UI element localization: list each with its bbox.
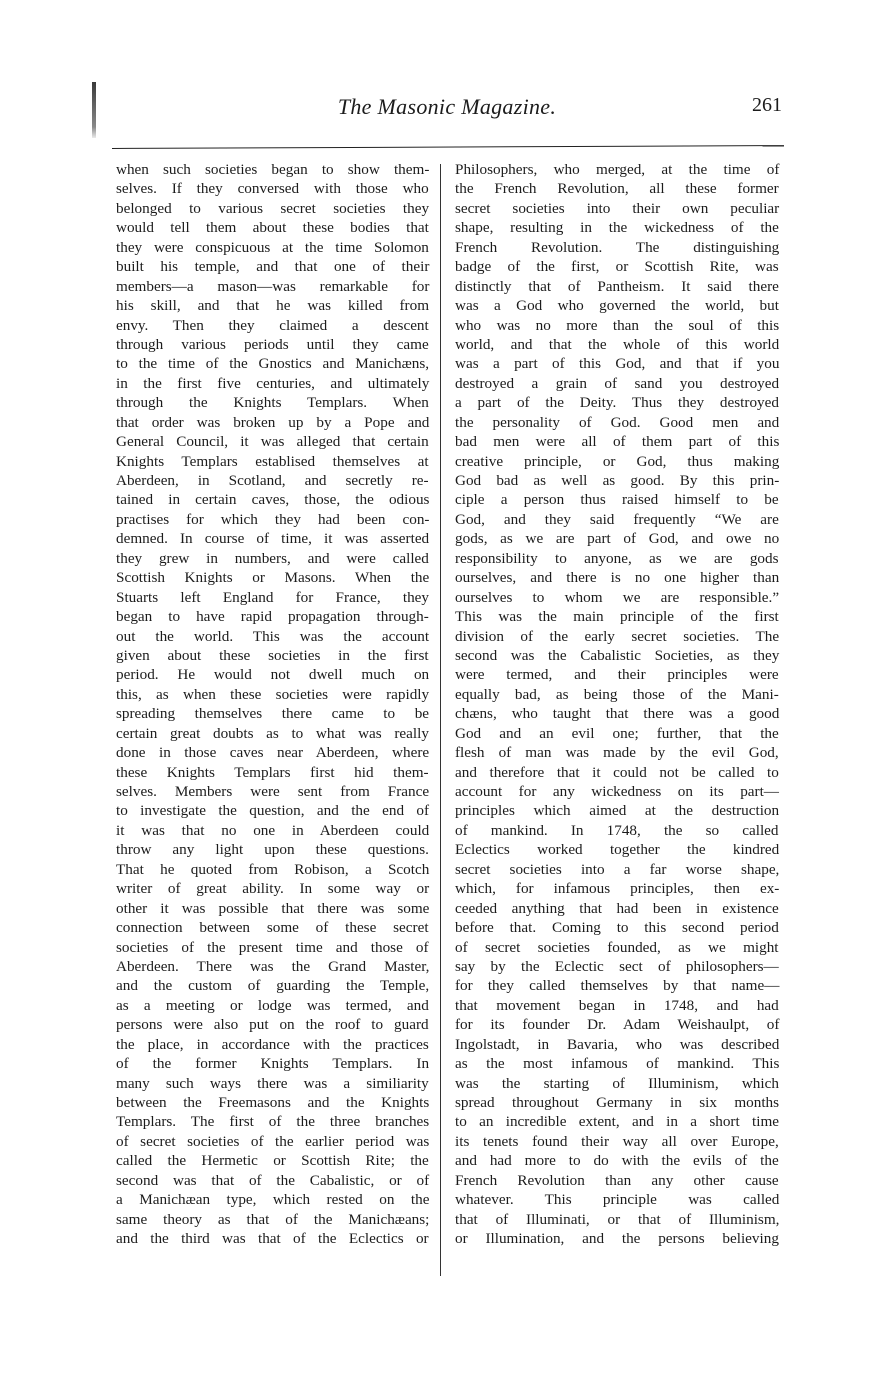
text-line: spread throughout Germany in six months (455, 1093, 779, 1112)
text-line: called the Hermetic or Scottish Rite; th… (116, 1151, 429, 1170)
text-line: period. He would not dwell much on (116, 665, 429, 684)
text-line: began to have rapid propagation through- (116, 607, 429, 626)
text-line: flesh of man was made by the evil God, (455, 743, 779, 762)
text-line: for its founder Dr. Adam Weishaulpt, of (455, 1015, 779, 1034)
text-line: French Revolution. The distinguishing (455, 238, 779, 257)
text-line: demned. In course of time, it was assert… (116, 529, 429, 548)
text-line: these Knights Templars first hid them- (116, 763, 429, 782)
text-line: was a God who governed the world, but (455, 296, 779, 315)
text-line: before that. Coming to this second perio… (455, 918, 779, 937)
text-line: or Illumination, and the persons believi… (455, 1229, 779, 1248)
text-line: General Council, it was alleged that cer… (116, 432, 429, 451)
text-line: Knights Templars establised themselves a… (116, 452, 429, 471)
text-line: gods, as we are part of God, and owe no (455, 529, 779, 548)
text-line: shape, resulting in the wickedness of th… (455, 218, 779, 237)
text-line: many such ways there was a similiarity (116, 1074, 429, 1093)
text-line: that order was broken up by a Pope and (116, 413, 429, 432)
text-line: spreading themselves there came to be (116, 704, 429, 723)
text-line: to the time of the Gnostics and Manichæn… (116, 354, 429, 373)
article-body: when such societies began to show them-s… (116, 160, 780, 1310)
text-line: say by the Eclectic sect of philosophers… (455, 957, 779, 976)
text-line: that movement began in 1748, and had (455, 996, 779, 1015)
text-line: to an incredible extent, and in a short … (455, 1112, 779, 1131)
text-line: of secret societies founded, as we might (455, 938, 779, 957)
text-line: other it was possible that there was som… (116, 899, 429, 918)
text-line: Scottish Knights or Masons. When the (116, 568, 429, 587)
text-line: members—a mason—was remarkable for (116, 277, 429, 296)
right-column: Philosophers, who merged, at the time of… (455, 160, 779, 1249)
text-line: ciple a person thus raised himself to be (455, 490, 779, 509)
text-line: a part of the Deity. Thus they destroyed (455, 393, 779, 412)
text-line: which, for infamous principles, then ex- (455, 879, 779, 898)
text-line: writer of great ability. In some way or (116, 879, 429, 898)
text-line: of mankind. In 1748, the so called (455, 821, 779, 840)
text-line: ceeded anything that had been in existen… (455, 899, 779, 918)
text-line: Aberdeen, in Scotland, and secretly re- (116, 471, 429, 490)
text-line: and therefore that it could not be calle… (455, 763, 779, 782)
header-rule (112, 145, 784, 149)
text-line: selves. Members were sent from France (116, 782, 429, 801)
text-line: Philosophers, who merged, at the time of (455, 160, 779, 179)
text-line: and the third was that of the Eclectics … (116, 1229, 429, 1248)
binding-mark (92, 82, 96, 138)
text-line: second was the Cabalistic Societies, as … (455, 646, 779, 665)
text-line: distinctly that of Pantheism. It said th… (455, 277, 779, 296)
text-line: second was that of the Cabalistic, or of (116, 1171, 429, 1190)
text-line: ourselves to whom we are responsible.” (455, 588, 779, 607)
text-line: God and an evil one; further, that the (455, 724, 779, 743)
text-line: the personality of God. Good men and (455, 413, 779, 432)
text-line: for they called themselves by that name— (455, 976, 779, 995)
text-line: creative principle, or God, thus making (455, 452, 779, 471)
text-line: built his temple, and that one of their (116, 257, 429, 276)
text-line: God bad as well as good. By this prin- (455, 471, 779, 490)
text-line: when such societies began to show them- (116, 160, 429, 179)
text-line: This was the main principle of the first (455, 607, 779, 626)
text-line: ourselves, and there is no one higher th… (455, 568, 779, 587)
text-line: persons were also put on the roof to gua… (116, 1015, 429, 1034)
text-line: envy. Then they claimed a descent (116, 316, 429, 335)
text-line: and the custom of guarding the Temple, (116, 976, 429, 995)
text-line: they grew in numbers, and were called (116, 549, 429, 568)
text-line: its tenets found their way all over Euro… (455, 1132, 779, 1151)
text-line: of secret societies of the earlier perio… (116, 1132, 429, 1151)
page-number: 261 (752, 94, 782, 117)
text-line: societies of the present time and those … (116, 938, 429, 957)
text-line: between the Freemasons and the Knights (116, 1093, 429, 1112)
text-line: French Revolution than any other cause (455, 1171, 779, 1190)
text-line: and had more to do with the evils of the (455, 1151, 779, 1170)
text-line: it was that no one in Aberdeen could (116, 821, 429, 840)
text-line: who was no more than the soul of this (455, 316, 779, 335)
left-column: when such societies began to show them-s… (116, 160, 429, 1249)
text-line: would tell them about these bodies that (116, 218, 429, 237)
magazine-title: The Masonic Magazine. (110, 94, 784, 120)
text-line: practises for which they had been con- (116, 510, 429, 529)
text-line: same theory as that of the Manichæans; (116, 1210, 429, 1229)
text-line: to investigate the question, and the end… (116, 801, 429, 820)
text-line: the French Revolution, all these former (455, 179, 779, 198)
text-line: was a part of this God, and that if you (455, 354, 779, 373)
text-line: connection between some of these secret (116, 918, 429, 937)
text-line: Aberdeen. There was the Grand Master, (116, 957, 429, 976)
text-line: secret societies into their own peculiar (455, 199, 779, 218)
text-line: tained in certain caves, those, the odio… (116, 490, 429, 509)
text-line: through the Knights Templars. When (116, 393, 429, 412)
text-line: whatever. This principle was called (455, 1190, 779, 1209)
text-line: division of the early secret societies. … (455, 627, 779, 646)
column-divider (440, 164, 441, 1276)
text-line: was the starting of Illuminism, which (455, 1074, 779, 1093)
text-line: bad men were all of them part of this (455, 432, 779, 451)
text-line: selves. If they conversed with those who (116, 179, 429, 198)
text-line: done in those caves near Aberdeen, where (116, 743, 429, 762)
text-line: throw any light upon these questions. (116, 840, 429, 859)
text-line: given about these societies in the first (116, 646, 429, 665)
text-line: principles which aimed at the destructio… (455, 801, 779, 820)
text-line: chæns, who taught that there was a good (455, 704, 779, 723)
running-head: The Masonic Magazine. 261 (110, 94, 784, 124)
text-line: equally bad, as being those of the Mani- (455, 685, 779, 704)
text-line: were termed, and their principles were (455, 665, 779, 684)
text-line: of the former Knights Templars. In (116, 1054, 429, 1073)
text-line: the place, in accordance with the practi… (116, 1035, 429, 1054)
text-line: Eclectics worked together the kindred (455, 840, 779, 859)
text-line: secret societies into a far worse shape, (455, 860, 779, 879)
text-line: a Manichæan type, which rested on the (116, 1190, 429, 1209)
text-line: that of Illuminati, or that of Illuminis… (455, 1210, 779, 1229)
text-line: belonged to various secret societies the… (116, 199, 429, 218)
text-line: badge of the first, or Scottish Rite, wa… (455, 257, 779, 276)
text-line: as the most infamous of mankind. This (455, 1054, 779, 1073)
text-line: out the world. This was the account (116, 627, 429, 646)
text-line: God, and they said frequently “We are (455, 510, 779, 529)
text-line: responsibility to anyone, as we are gods (455, 549, 779, 568)
text-line: Stuarts left England for France, they (116, 588, 429, 607)
text-line: as a meeting or lodge was termed, and (116, 996, 429, 1015)
text-line: certain great doubts as to what was real… (116, 724, 429, 743)
text-line: That he quoted from Robison, a Scotch (116, 860, 429, 879)
text-line: in the first five centuries, and ultimat… (116, 374, 429, 393)
text-line: they were conspicuous at the time Solomo… (116, 238, 429, 257)
text-line: his skill, and that he was killed from (116, 296, 429, 315)
text-line: destroyed a grain of sand you destroyed (455, 374, 779, 393)
text-line: this, as when these societies were rapid… (116, 685, 429, 704)
text-line: Templars. The first of the three branche… (116, 1112, 429, 1131)
text-line: account for any wickedness on its part— (455, 782, 779, 801)
text-line: through various periods until they came (116, 335, 429, 354)
text-line: world, and that the whole of this world (455, 335, 779, 354)
text-line: Ingolstadt, in Bavaria, who was describe… (455, 1035, 779, 1054)
